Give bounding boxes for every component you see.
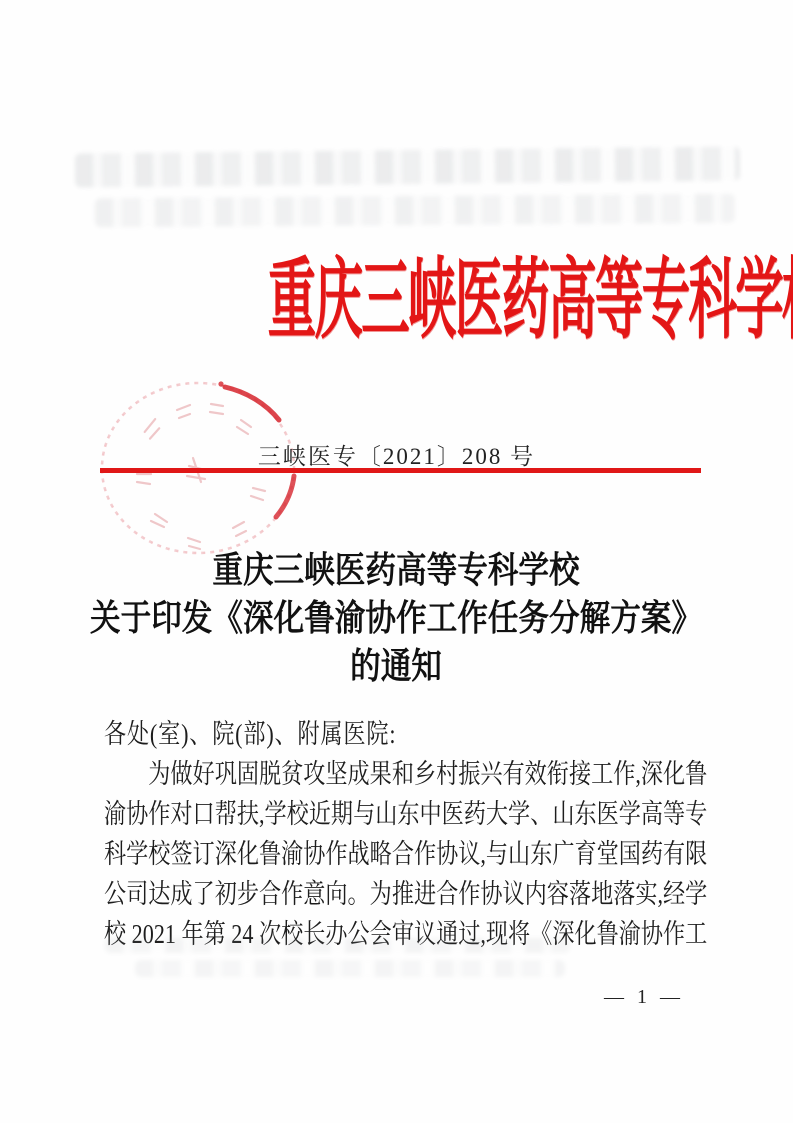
bleed-through-text-top-1 xyxy=(75,147,740,188)
page-number: — 1 — xyxy=(604,986,684,1009)
body-text: 各处(室)、院(部)、附属医院: 为做好巩固脱贫攻坚成果和乡村振兴有效衔接工作,… xyxy=(104,714,704,954)
notice-title-line-2: 关于印发《深化鲁渝协作工作任务分解方案》 xyxy=(0,594,793,642)
notice-title-line-3: 的通知 xyxy=(0,642,793,690)
body-line: 渝协作对口帮扶,学校近期与山东中医药大学、山东医学高等专 xyxy=(104,794,703,834)
doc-number: 三峡医专〔2021〕208 号 xyxy=(0,438,793,471)
body-line: 为做好巩固脱贫攻坚成果和乡村振兴有效衔接工作,深化鲁 xyxy=(104,754,703,794)
red-divider-line xyxy=(100,468,701,473)
document-page: 重庆三峡医药高等专科学校文件 三峡医专〔2021〕208 号 重庆三峡医药高等专 xyxy=(0,0,793,1123)
letterhead-title-text: 重庆三峡医药高等专科学校文件 xyxy=(268,254,793,350)
body-line: 公司达成了初步合作意向。为推进合作协议内容落地落实,经学 xyxy=(104,874,703,914)
salutation: 各处(室)、院(部)、附属医院: xyxy=(104,714,703,754)
bleed-through-text-bottom-1 xyxy=(105,938,570,953)
bleed-through-text-bottom-2 xyxy=(135,960,565,977)
notice-title: 重庆三峡医药高等专科学校 关于印发《深化鲁渝协作工作任务分解方案》 的通知 xyxy=(0,546,793,690)
letterhead-title: 重庆三峡医药高等专科学校文件 xyxy=(0,254,793,350)
body-line: 科学校签订深化鲁渝协作战略合作协议,与山东广育堂国药有限 xyxy=(104,834,703,874)
bleed-through-text-top-2 xyxy=(95,194,735,227)
notice-title-line-1: 重庆三峡医药高等专科学校 xyxy=(0,546,793,594)
